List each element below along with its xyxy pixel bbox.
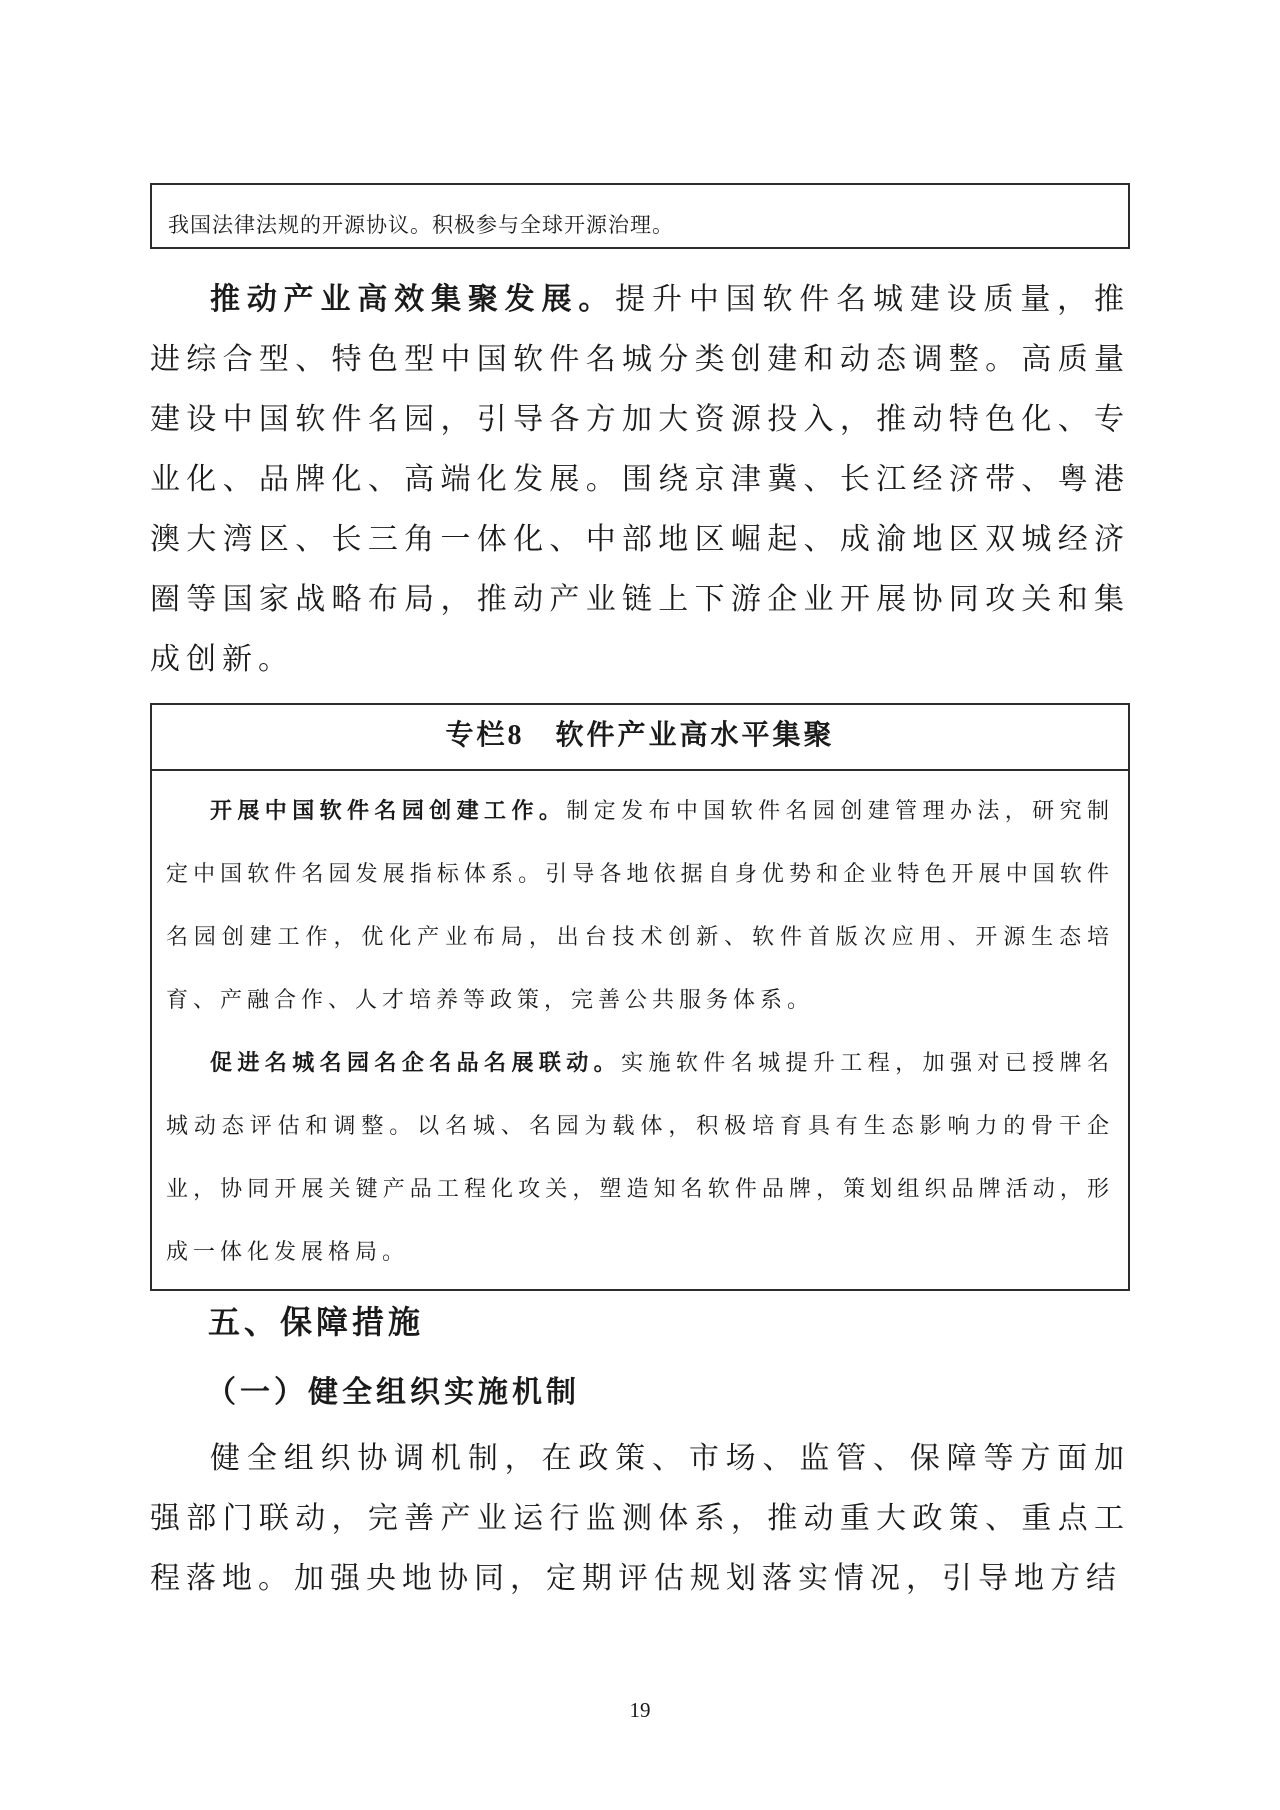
paragraph-lead-bold: 推动产业高效集聚发展。	[210, 283, 615, 316]
column-8-title: 专栏8 软件产业高水平集聚	[152, 705, 1128, 771]
column-paragraph-1-text: 制定发布中国软件名园创建管理办法，研究制定中国软件名园发展指标体系。引导各地依据…	[166, 798, 1114, 1012]
subsection-heading: （一）健全组织实施机制	[150, 1373, 1130, 1413]
paragraph-industry-agglomeration: 推动产业高效集聚发展。提升中国软件名城建设质量，推进综合型、特色型中国软件名城分…	[150, 270, 1130, 690]
carryover-text-box: 我国法律法规的开源协议。积极参与全球开源治理。	[150, 183, 1130, 249]
page-number: 19	[0, 1698, 1280, 1723]
column-8-box: 专栏8 软件产业高水平集聚 开展中国软件名园创建工作。制定发布中国软件名园创建管…	[150, 703, 1130, 1291]
paragraph-body-text: 提升中国软件名城建设质量，推进综合型、特色型中国软件名城分类创建和动态调整。高质…	[150, 283, 1130, 676]
column-paragraph-2: 促进名城名园名企名品名展联动。实施软件名城提升工程，加强对已授牌名城动态评估和调…	[166, 1031, 1114, 1283]
column-paragraph-1-lead-bold: 开展中国软件名园创建工作。	[210, 798, 566, 823]
carryover-text: 我国法律法规的开源协议。积极参与全球开源治理。	[168, 209, 674, 239]
paragraph-safeguard-measures: 健全组织协调机制，在政策、市场、监管、保障等方面加强部门联动，完善产业运行监测体…	[150, 1429, 1130, 1609]
document-content: 我国法律法规的开源协议。积极参与全球开源治理。 推动产业高效集聚发展。提升中国软…	[150, 0, 1130, 1609]
column-8-content: 开展中国软件名园创建工作。制定发布中国软件名园创建管理办法，研究制定中国软件名园…	[152, 771, 1128, 1289]
column-paragraph-2-lead-bold: 促进名城名园名企名品名展联动。	[210, 1050, 621, 1075]
section-heading: 五、保障措施	[150, 1301, 1130, 1343]
column-paragraph-2-text: 实施软件名城提升工程，加强对已授牌名城动态评估和调整。以名城、名园为载体，积极培…	[166, 1050, 1114, 1264]
column-paragraph-1: 开展中国软件名园创建工作。制定发布中国软件名园创建管理办法，研究制定中国软件名园…	[166, 779, 1114, 1031]
